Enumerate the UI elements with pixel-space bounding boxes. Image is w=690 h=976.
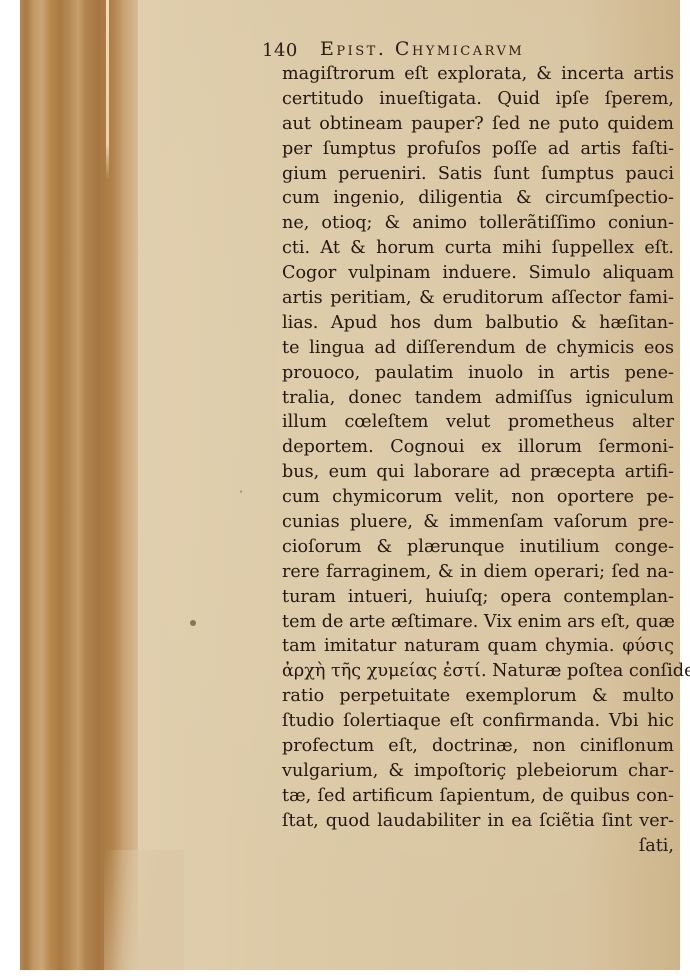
text-line-catchword: ſati, [282, 834, 674, 859]
page-number: 140 [262, 40, 298, 61]
text-line: ne, otioq; & animo tollerãtiſſimo coniun… [282, 211, 674, 236]
paper-speck [240, 490, 242, 493]
text-line: ſtudio ſolertiaque eſt confirmanda. Vbi … [282, 709, 674, 734]
text-line: bus, eum qui laborare ad præcepta artifi… [282, 460, 674, 485]
text-line: artis peritiam, & eruditorum aſſector fa… [282, 286, 674, 311]
text-line: Cogor vulpinam induere. Simulo aliquam [282, 261, 674, 286]
text-line: tem de arte æſtimare. Vix enim ars eſt, … [282, 610, 674, 635]
text-line: cti. At & horum curta mihi ſuppellex eſt… [282, 236, 674, 261]
running-head: Epist. Chymicarvm [320, 38, 524, 60]
text-line: vulgarium, & impoſtoriç plebeiorum char- [282, 759, 674, 784]
text-line: magiſtrorum eſt explorata, & incerta art… [282, 62, 674, 87]
text-line: tralia, donec tandem admiſſus igniculum [282, 386, 674, 411]
text-line: lias. Apud hos dum balbutio & hæſitan- [282, 311, 674, 336]
text-line: ſtat, quod laudabiliter in ea ſciẽtia ſi… [282, 809, 674, 834]
text-line: rere farraginem, & in diem operari; ſed … [282, 560, 674, 585]
text-line: tam imitatur naturam quam chymia. φύσις [282, 634, 674, 659]
text-line: te lingua ad diſſerendum de chymicis eos [282, 336, 674, 361]
body-text: magiſtrorum eſt explorata, & incerta art… [282, 62, 674, 859]
book-binding-gutter [20, 0, 138, 970]
binding-highlight [106, 0, 109, 180]
text-line: cunias pluere, & immenſam vaſorum pre- [282, 510, 674, 535]
text-line: per ſumptus profuſos poſſe ad artis faſt… [282, 137, 674, 162]
text-line: cum ingenio, diligentia & circumſpectio- [282, 186, 674, 211]
paper-spot [190, 620, 196, 626]
text-line: prouoco, paulatim inuolo in artis pene- [282, 361, 674, 386]
binding-fade [104, 850, 184, 970]
text-line: cum chymicorum velit, non oportere pe- [282, 485, 674, 510]
text-line: certitudo inueſtigata. Quid ipſe ſperem, [282, 87, 674, 112]
text-line: aut obtineam pauper? ſed ne puto quidem [282, 112, 674, 137]
text-line: cioſorum & plærunque inutilium conge- [282, 535, 674, 560]
text-line: profectum eſt, doctrinæ, non ciniflonum [282, 734, 674, 759]
text-line: ratio perpetuitate exemplorum & multo [282, 684, 674, 709]
text-line: turam intueri, huiuſq; opera contemplan- [282, 585, 674, 610]
text-line: illum cœleſtem velut prometheus alter [282, 410, 674, 435]
text-line: gium perueniri. Satis ſunt ſumptus pauci [282, 162, 674, 187]
text-line-greek: ἀρχὴ τῆς χυμείας ἐστί. Naturæ poſtea con… [282, 659, 674, 684]
text-line: tæ, ſed artificum ſapientum, de quibus c… [282, 784, 674, 809]
text-line: deportem. Cognoui ex illorum ſermoni- [282, 435, 674, 460]
